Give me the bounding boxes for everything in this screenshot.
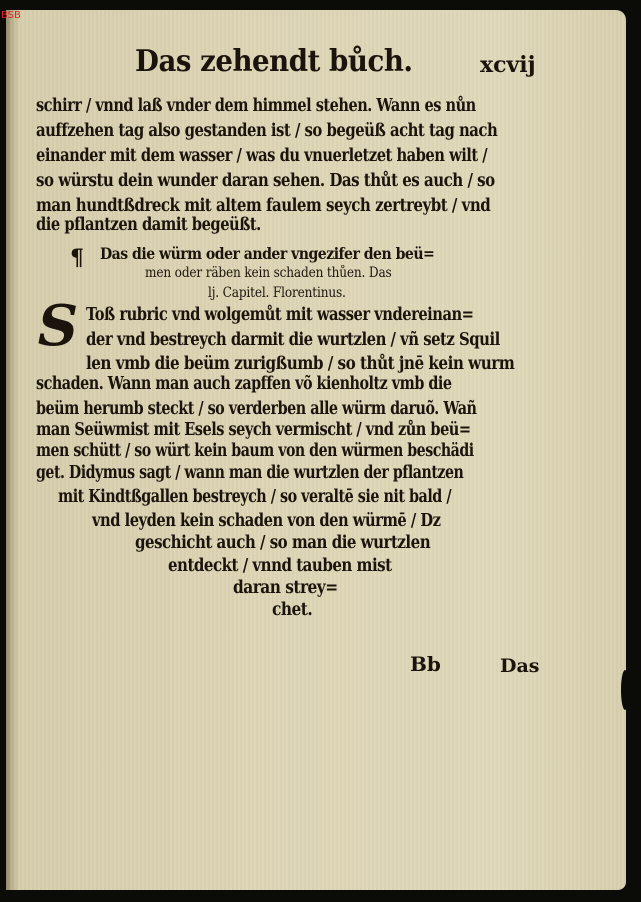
running-head: Das zehendt bůch. <box>135 44 413 79</box>
text-line: chet. <box>272 600 312 620</box>
text-line: der vnd bestreych darmit die wurtzlen / … <box>86 330 500 350</box>
page-edge-notch <box>621 670 629 710</box>
heading-line: Das die würm oder ander vngezifer den be… <box>100 244 434 263</box>
text-line: schirr / vnnd laß vnder dem himmel stehe… <box>36 96 476 116</box>
text-line: man hundtßdreck mit altem faulem seych z… <box>36 196 490 216</box>
catchword: Das <box>500 655 539 677</box>
library-stamp: BSB <box>1 10 21 21</box>
text-line: entdeckt / vnnd tauben mist <box>168 556 392 576</box>
text-line: man Seüwmist mit Esels seych vermischt /… <box>36 420 471 440</box>
scanned-page-view: BSB Das zehendt bůch. xcvij schirr / vnn… <box>0 0 641 902</box>
heading-line: men oder räben kein schaden thůen. Das <box>145 265 392 281</box>
signature-mark: Bb <box>410 652 441 676</box>
folio-number: xcvij <box>480 52 536 78</box>
text-line: einander mit dem wasser / was du vnuerle… <box>36 146 487 166</box>
text-line: len vmb die beüm zurigßumb / so thůt jnē… <box>86 354 514 374</box>
text-line: schaden. Wann man auch zapffen võ kienho… <box>36 374 452 394</box>
heading-line: lj. Capitel. Florentinus. <box>208 285 346 301</box>
decorated-initial: S <box>35 300 81 352</box>
pilcrow-icon: ¶ <box>70 245 84 271</box>
text-line: men schütt / so würt kein baum von den w… <box>36 441 474 461</box>
text-line: vnd leyden kein schaden von den würmē / … <box>92 511 440 531</box>
text-line: beüm herumb steckt / so verderben alle w… <box>36 399 476 419</box>
text-line: die pflantzen damit begeüßt. <box>36 215 261 235</box>
text-line: geschicht auch / so man die wurtzlen <box>135 533 430 553</box>
text-line: auffzehen tag also gestanden ist / so be… <box>36 121 497 141</box>
text-line: Toß rubric vnd wolgemůt mit wasser vnder… <box>86 305 473 325</box>
text-line: mit Kindtßgallen bestreych / so veraltē … <box>58 487 451 507</box>
text-line: get. Didymus sagt / wann man die wurtzle… <box>36 463 463 483</box>
text-line: daran strey= <box>233 578 338 598</box>
text-line: so würstu dein wunder daran sehen. Das t… <box>36 171 495 191</box>
